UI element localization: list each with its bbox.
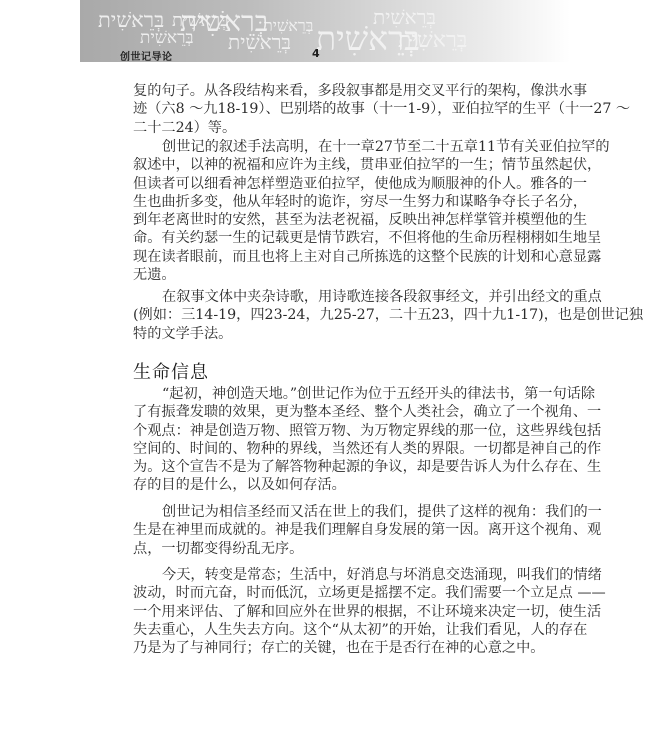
intro-paragraph-3: 在叙事文体中夹杂诗歌，用诗歌连接各段叙事经文，并引出经文的重点 (例如：三14-… (133, 288, 506, 343)
text-line: 一个用来评估、了解和回应外在世界的根据，不让环境来决定一切，使生活 (133, 603, 506, 621)
text-line: 了有振聋发聩的效果，更为整本圣经、整个人类社会，确立了一个视角、一 (133, 403, 506, 421)
intro-paragraph-2: 创世记的叙述手法高明，在十一章27节至二十五章11节有关亚伯拉罕的 叙述中，以神… (133, 138, 506, 284)
hebrew-decoration: בְּרֵאשִׁית (228, 32, 291, 52)
life-message-paragraph-2: 创世记为相信圣经而又活在世上的我们，提供了这样的视角：我们的一 生是在神里而成就… (133, 503, 506, 558)
text-line: 个观点：神是创造万物、照管万物、为万物定界线的那一位，这些界线包括 (133, 422, 506, 440)
text-line: 无遗。 (133, 266, 506, 284)
text-line: 波动，时而亢奋，时而低沉，立场更是摇摆不定。我们需要一个立足点 —— (133, 584, 506, 602)
text-line: 迹（六8 ～九18-19）、巴别塔的故事（十一1-9），亚伯拉罕的生平（十一27… (133, 100, 506, 118)
text-line: 空间的、时间的、物种的界线，当然还有人类的界限。一切都是神自己的作 (133, 440, 506, 458)
text-line: 现在读者眼前，而且也将上主对自己所拣选的这整个民族的计划和心意显露 (133, 248, 506, 266)
hebrew-decoration: בְּרֵאשִׁית (398, 30, 467, 52)
page-number: 4 (312, 47, 320, 60)
text-line: 为。这个宣告不是为了解答物种起源的争议，却是要告诉人为什么存在、生 (133, 458, 506, 476)
text-line: 特的文学手法。 (133, 325, 506, 343)
text-line: 创世记为相信圣经而又活在世上的我们，提供了这样的视角：我们的一 (133, 503, 506, 521)
intro-paragraph-1: 复的句子。从各段结构来看，多段叙事都是用交叉平行的架构，像洪水事 迹（六8 ～九… (133, 82, 506, 137)
text-line: 点，一切都变得纷乱无序。 (133, 540, 506, 558)
text-line: 乃是为了与神同行；存亡的关键，也在于是否行在神的心意之中。 (133, 639, 506, 657)
text-line: 但读者可以细看神怎样塑造亚伯拉罕，使他成为顺服神的仆人。雅各的一 (133, 175, 506, 193)
text-line: 命。有关约瑟一生的记载更是情节跌宕，不但将他的生命历程栩栩如生地呈 (133, 229, 506, 247)
text-line: 到年老离世时的安然，甚至为法老祝福，反映出神怎样掌管并模塑他的生 (133, 211, 506, 229)
text-line: 叙述中，以神的祝福和应许为主线，贯串亚伯拉罕的一生；情节虽然起伏， (133, 156, 506, 174)
text-line: 生也曲折多变，他从年轻时的诡诈，穷尽一生努力和谋略争夺长子名分， (133, 193, 506, 211)
text-line: 失去重心，人生失去方向。这个“从太初”的开始，让我们看见，人的存在 (133, 621, 506, 639)
text-line: 二十二24）等。 (133, 119, 506, 137)
text-line: 在叙事文体中夹杂诗歌，用诗歌连接各段叙事经文，并引出经文的重点 (133, 288, 506, 306)
text-line: 今天，转变是常态；生活中，好消息与坏消息交迭涌现，叫我们的情绪 (133, 566, 506, 584)
text-line: 生是在神里而成就的。神是我们理解自身发展的第一因。离开这个视角、观 (133, 521, 506, 539)
text-line: 复的句子。从各段结构来看，多段叙事都是用交叉平行的架构，像洪水事 (133, 82, 506, 100)
running-title: 创世记导论 (120, 48, 173, 62)
text-line: 创世记的叙述手法高明，在十一章27节至二十五章11节有关亚伯拉罕的 (133, 138, 506, 156)
hebrew-decoration: בְּרֵאשִׁית (373, 7, 436, 27)
header-banner: בְּרֵאשִׁית בְּרֵאשִׁית בְּרֵאשִׁית בְּר… (80, 0, 650, 62)
life-message-paragraph-3: 今天，转变是常态；生活中，好消息与坏消息交迭涌现，叫我们的情绪 波动，时而亢奋，… (133, 566, 506, 657)
section-heading-life-message: 生命信息 (133, 362, 209, 384)
text-line: “起初，神创造天地。”创世记作为位于五经开头的律法书，第一句话除 (133, 385, 506, 403)
life-message-paragraph-1: “起初，神创造天地。”创世记作为位于五经开头的律法书，第一句话除 了有振聋发聩的… (133, 385, 506, 495)
text-line: 存的目的是什么，以及如何存活。 (133, 476, 506, 494)
text-line: (例如：三14-19，四23-24，九25-27，二十五23，四十九1-17)，… (133, 306, 506, 324)
